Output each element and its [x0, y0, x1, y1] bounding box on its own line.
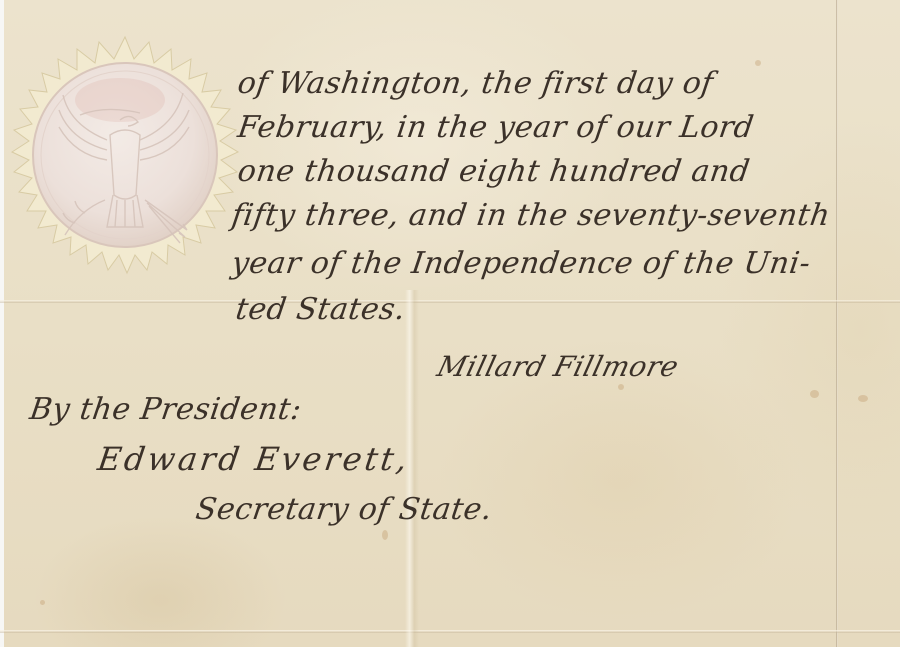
body-line: one thousand eight hundred and	[236, 154, 753, 189]
by-the-president-label: By the President:	[28, 392, 304, 427]
secretary-signature: Edward Everett,	[95, 440, 412, 478]
body-line: ted States.	[234, 292, 408, 327]
body-line: fifty three, and in the seventy-seventh	[230, 198, 833, 233]
eagle-seal-icon	[2, 32, 248, 278]
body-line: of Washington, the first day of	[236, 66, 716, 101]
foxing-stain	[810, 390, 819, 398]
horizontal-fold-line	[0, 300, 900, 303]
foxing-stain	[618, 384, 624, 390]
body-line: year of the Independence of the Uni-	[230, 246, 813, 281]
foxing-stain	[382, 530, 388, 540]
body-line: February, in the year of our Lord	[236, 110, 757, 145]
president-signature: Millard Fillmore	[434, 350, 682, 383]
foxing-stain	[40, 600, 45, 605]
bottom-fold-line	[0, 630, 900, 633]
foxing-stain	[755, 60, 761, 66]
secretary-title: Secretary of State.	[194, 492, 495, 527]
foxing-stain	[858, 395, 868, 402]
vertical-fold-line	[836, 0, 838, 647]
